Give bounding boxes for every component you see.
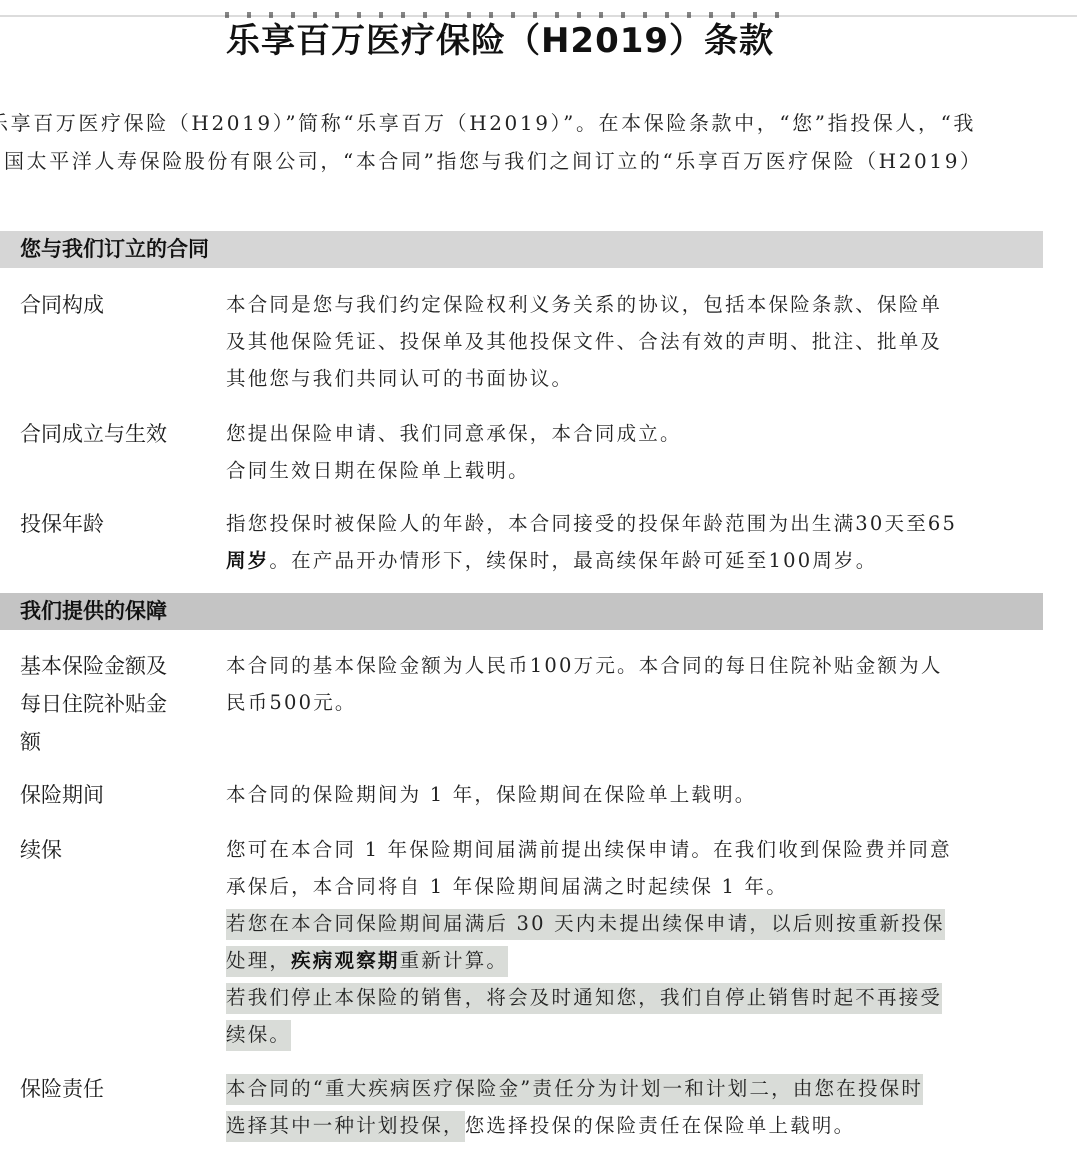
- clause-line: 及其他保险凭证、投保单及其他投保文件、合法有效的声明、批注、批单及: [226, 323, 1046, 360]
- highlighted-line: 若您在本合同保险期间届满后 30 天内未提出续保申请，以后则按重新投保: [226, 905, 1046, 942]
- clause-body: 本合同的基本保险金额为人民币100万元。本合同的每日住院补贴金额为人 民币500…: [226, 647, 1046, 721]
- clause-line: 周岁。在产品开办情形下，续保时，最高续保年龄可延至100周岁。: [226, 542, 1046, 579]
- highlighted-text: 本合同的“重大疾病医疗保险金”责任分为计划一和计划二，由您在投保时: [226, 1074, 923, 1105]
- highlighted-text: 若我们停止本保险的销售，将会及时通知您，我们自停止销售时起不再接受: [226, 983, 942, 1014]
- clause-body: 指您投保时被保险人的年龄，本合同接受的投保年龄范围为出生满30天至65 周岁。在…: [226, 505, 1046, 579]
- highlighted-line: 续保。: [226, 1016, 1046, 1053]
- clause-label: 保险责任: [20, 1070, 200, 1108]
- clause-body: 您可在本合同 1 年保险期间届满前提出续保申请。在我们收到保险费并同意 承保后，…: [226, 831, 1046, 1053]
- clause-line: 承保后，本合同将自 1 年保险期间届满之时起续保 1 年。: [226, 868, 1046, 905]
- section-heading-coverage: 我们提供的保障: [0, 593, 1043, 630]
- clause-line: 本合同是您与我们约定保险权利义务关系的协议，包括本保险条款、保险单: [226, 286, 1046, 323]
- highlighted-text: 续保。: [226, 1020, 291, 1051]
- clause-body: 本合同是您与我们约定保险权利义务关系的协议，包括本保险条款、保险单 及其他保险凭…: [226, 286, 1046, 397]
- clause-line: 其他您与我们共同认可的书面协议。: [226, 360, 1046, 397]
- highlighted-text: 处理，疾病观察期重新计算。: [226, 946, 508, 977]
- intro-paragraph: 乐享百万医疗保险（H2019）”简称“乐享百万（H2019）”。在本保险条款中，…: [0, 104, 1077, 180]
- mixed-line: 选择其中一种计划投保，您选择投保的保险责任在保险单上载明。: [226, 1107, 1046, 1144]
- clause-body: 本合同的保险期间为 1 年，保险期间在保险单上载明。: [226, 776, 1046, 813]
- clause-label: 续保: [20, 831, 200, 869]
- clause-label-line: 每日住院补贴金: [20, 685, 200, 723]
- intro-line: 国太平洋人寿保险股份有限公司，“本合同”指您与我们之间订立的“乐享百万医疗保险（…: [4, 142, 1077, 180]
- highlighted-text: 若您在本合同保险期间届满后 30 天内未提出续保申请，以后则按重新投保: [226, 909, 945, 940]
- clause-body: 本合同的“重大疾病医疗保险金”责任分为计划一和计划二，由您在投保时 选择其中一种…: [226, 1070, 1046, 1144]
- clause-body: 您提出保险申请、我们同意承保，本合同成立。 合同生效日期在保险单上载明。: [226, 415, 1046, 489]
- highlighted-text: 选择其中一种计划投保，: [226, 1111, 465, 1142]
- clause-line: 您提出保险申请、我们同意承保，本合同成立。: [226, 415, 1046, 452]
- clause-text: 重新计算。: [400, 949, 509, 972]
- clause-line: 合同生效日期在保险单上载明。: [226, 452, 1046, 489]
- clause-line: 民币500元。: [226, 684, 1046, 721]
- highlighted-line: 若我们停止本保险的销售，将会及时通知您，我们自停止销售时起不再接受: [226, 979, 1046, 1016]
- bold-term: 周岁: [226, 549, 269, 572]
- clause-label: 投保年龄: [20, 505, 200, 543]
- clause-label: 合同成立与生效: [20, 415, 200, 453]
- clause-line: 本合同的基本保险金额为人民币100万元。本合同的每日住院补贴金额为人: [226, 647, 1046, 684]
- highlighted-line: 处理，疾病观察期重新计算。: [226, 942, 1046, 979]
- intro-line: 乐享百万医疗保险（H2019）”简称“乐享百万（H2019）”。在本保险条款中，…: [0, 104, 1077, 142]
- document-title: 乐享百万医疗保险（H2019）条款: [0, 18, 1000, 64]
- clause-label: 基本保险金额及 每日住院补贴金 额: [20, 647, 200, 761]
- clause-text: 您选择投保的保险责任在保险单上载明。: [465, 1114, 856, 1137]
- clause-line: 本合同的保险期间为 1 年，保险期间在保险单上载明。: [226, 776, 1046, 813]
- section-heading-contract: 您与我们订立的合同: [0, 231, 1043, 268]
- clause-line: 指您投保时被保险人的年龄，本合同接受的投保年龄范围为出生满30天至65: [226, 505, 1046, 542]
- bold-term: 疾病观察期: [291, 949, 400, 972]
- highlighted-line: 本合同的“重大疾病医疗保险金”责任分为计划一和计划二，由您在投保时: [226, 1070, 1046, 1107]
- clause-label-line: 额: [20, 723, 200, 761]
- clause-text: 处理，: [226, 949, 291, 972]
- clause-label: 保险期间: [20, 776, 200, 814]
- clause-label-line: 基本保险金额及: [20, 647, 200, 685]
- clause-line: 您可在本合同 1 年保险期间届满前提出续保申请。在我们收到保险费并同意: [226, 831, 1046, 868]
- clause-label: 合同构成: [20, 286, 200, 324]
- clause-text: 。在产品开办情形下，续保时，最高续保年龄可延至100周岁。: [269, 549, 877, 572]
